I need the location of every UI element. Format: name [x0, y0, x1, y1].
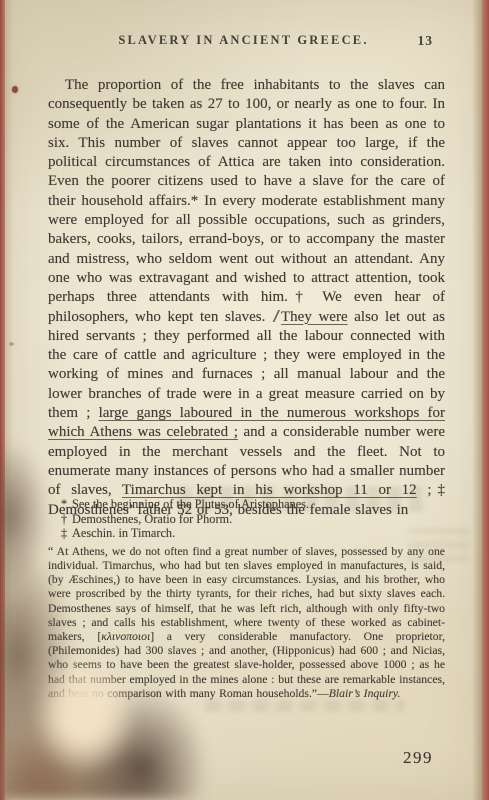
quote-text-segment: “ At Athens, we do not often find a grea… — [48, 545, 445, 643]
paper-speck — [12, 86, 18, 93]
pencil-underlined-text: They were — [281, 309, 348, 325]
page-left-edge-shading — [5, 0, 13, 800]
greek-term: κλινοποιοι — [101, 630, 150, 643]
quote-source: Blair’s Inquiry. — [329, 687, 401, 700]
body-text-segment: The proportion of the free inhabitants t… — [48, 77, 445, 325]
footnote-text: Aeschin. in Timarch. — [72, 526, 175, 540]
pencil-tick-mark — [272, 310, 280, 322]
footnote-marker: ‡ — [61, 526, 72, 541]
running-title: SLAVERY IN ANCIENT GREECE. — [118, 33, 368, 47]
scanned-book-page: SLAVERY IN ANCIENT GREECE. 13 The propor… — [0, 0, 489, 800]
footnote-quote: “ At Athens, we do not often find a grea… — [48, 545, 445, 701]
scan-mat-left-strip — [0, 0, 5, 800]
running-header: SLAVERY IN ANCIENT GREECE. 13 — [48, 33, 439, 48]
paper-speck — [9, 342, 14, 346]
page-number: 13 — [418, 33, 434, 49]
scan-mat-right-strip — [482, 0, 489, 800]
footnote-item: ‡Aeschin. in Timarch. — [48, 526, 445, 541]
footnote-marker: * — [61, 497, 72, 512]
main-paragraph: The proportion of the free inhabitants t… — [48, 76, 445, 520]
footnote-text: Demosthenes, Oratio for Phorm. — [72, 512, 232, 526]
page-right-edge-shading — [472, 0, 482, 800]
footnote-item: *See the beginning of the Plutus of Aris… — [48, 497, 445, 512]
footnote-item: †Demosthenes, Oratio for Phorm. — [48, 512, 445, 527]
folio-number: 299 — [403, 748, 433, 768]
pencil-underlined-text: Timarchus kept in his workshop 11 or 12 — [122, 482, 417, 498]
footnote-text: See the beginning of the Plutus of Arist… — [72, 497, 309, 511]
footnote-marker: † — [61, 512, 72, 527]
footnotes-section: *See the beginning of the Plutus of Aris… — [48, 497, 445, 713]
